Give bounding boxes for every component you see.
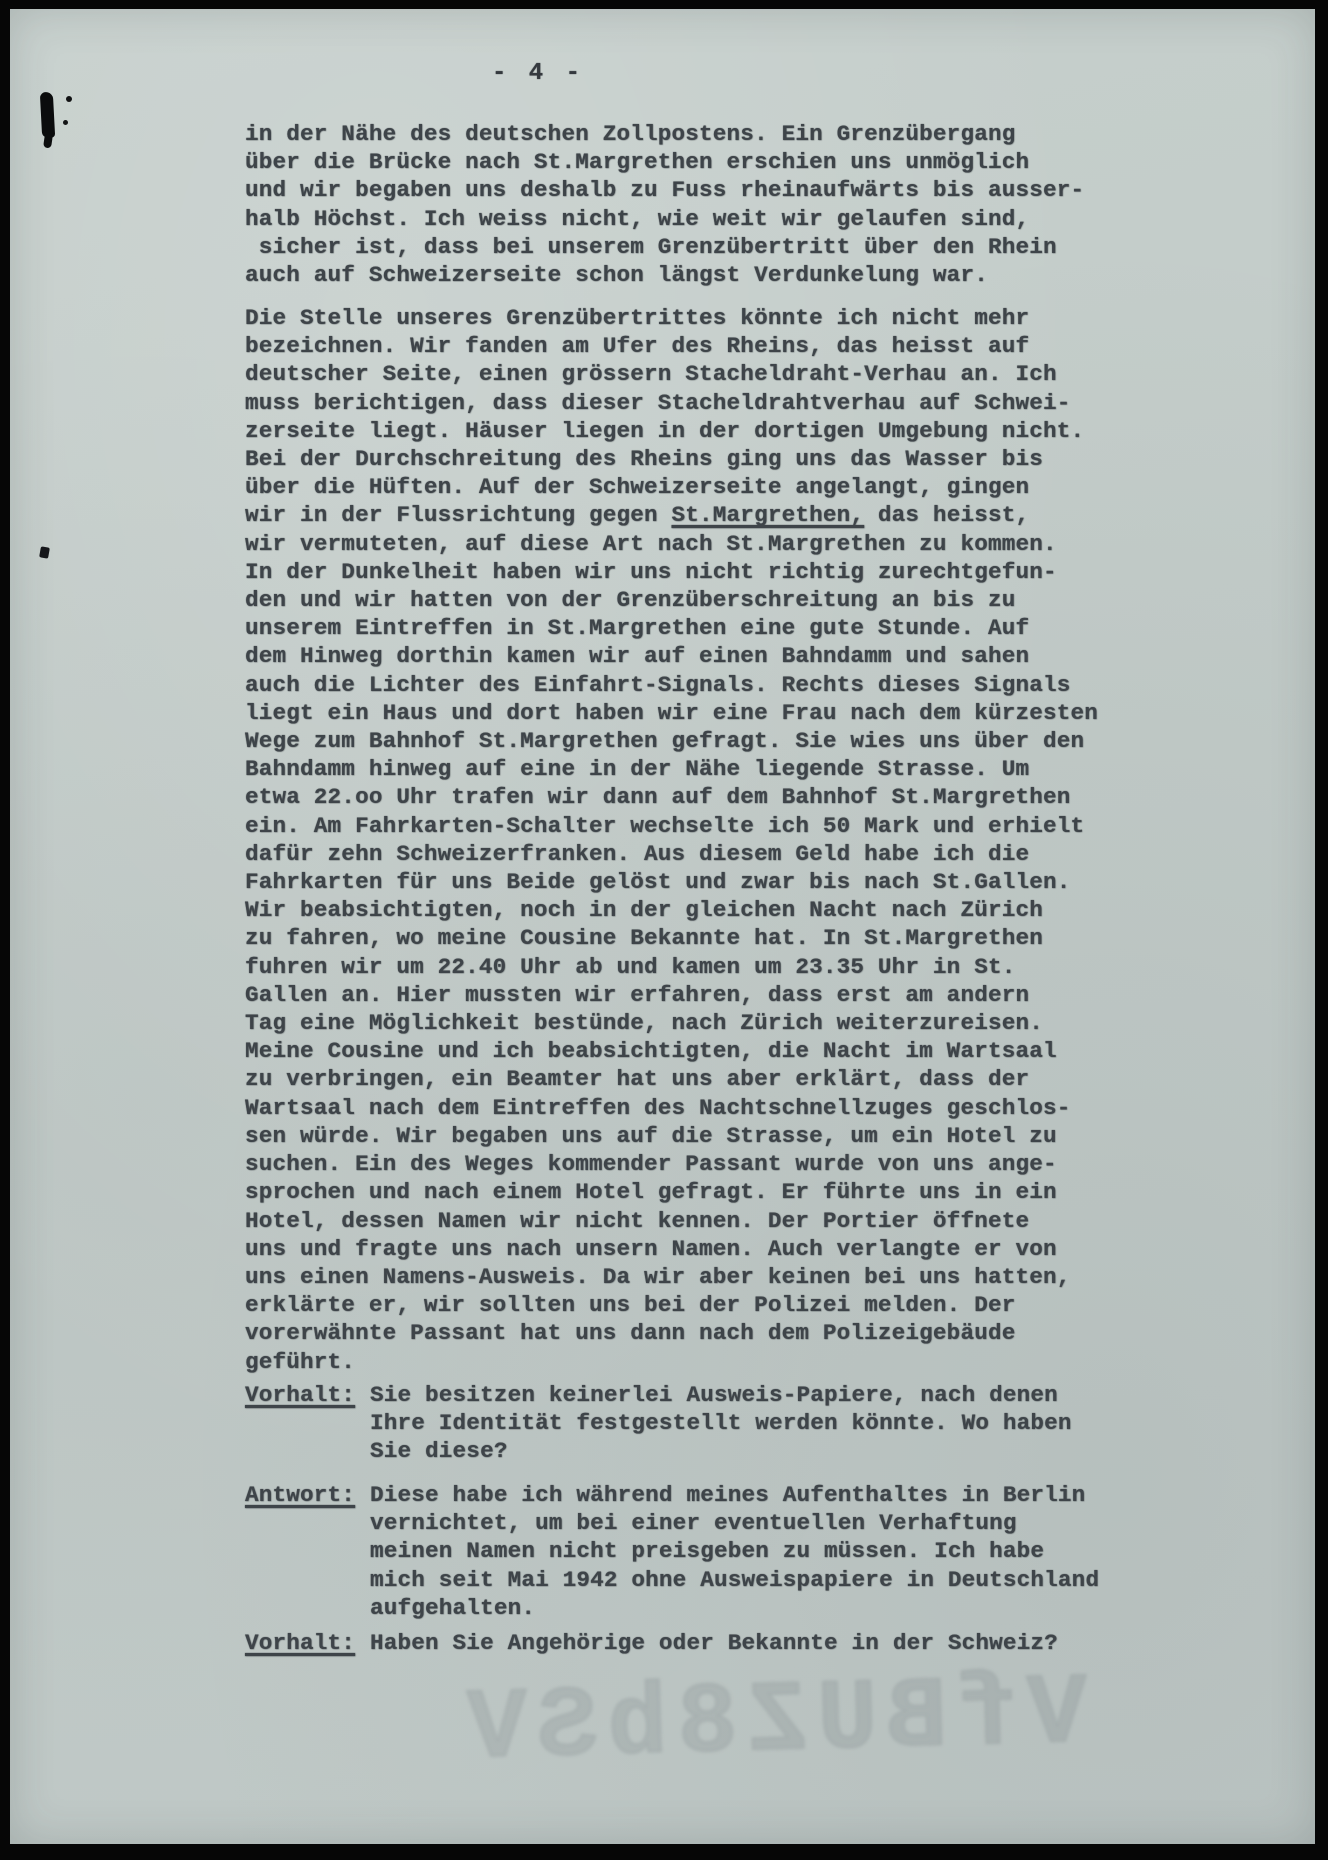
underlined-place-name: St.Margrethen,	[672, 502, 865, 528]
qa-label: Vorhalt:	[245, 1381, 370, 1409]
qa-text: Sie besitzen keinerlei Ausweis-Papiere, …	[370, 1381, 1072, 1466]
paragraph-text: das heisst, wir vermuteten, auf diese Ar…	[245, 502, 1098, 1374]
ink-blot	[41, 90, 81, 150]
page-number: - 4 -	[492, 60, 584, 87]
paragraph-main-account: Die Stelle unseres Grenzübertrittes könn…	[245, 304, 1098, 1376]
paragraph-border-crossing: in der Nähe des deutschen Zollpostens. E…	[245, 120, 1084, 289]
bleed-through-stamp: VfBUZ8bSV	[366, 1659, 1090, 1828]
ink-dot	[63, 120, 68, 125]
qa-label: Antwort:	[245, 1481, 370, 1509]
qa-label: Vorhalt:	[245, 1629, 370, 1657]
ink-blot-shape	[40, 92, 55, 139]
paragraph-text: Die Stelle unseres Grenzübertrittes könn…	[245, 305, 1084, 528]
qa-text: Haben Sie Angehörige oder Bekannte in de…	[370, 1629, 1058, 1657]
qa-block-vorhalt-2: Vorhalt: Haben Sie Angehörige oder Bekan…	[245, 1629, 1058, 1657]
qa-block-vorhalt-1: Vorhalt: Sie besitzen keinerlei Ausweis-…	[245, 1381, 1072, 1466]
ink-blot-tail	[43, 134, 53, 149]
ink-dot	[66, 96, 72, 102]
scanned-document-page: - 4 - in der Nähe des deutschen Zollpost…	[0, 0, 1328, 1860]
qa-block-antwort-1: Antwort: Diese habe ich während meines A…	[245, 1481, 1099, 1622]
qa-text: Diese habe ich während meines Aufenthalt…	[370, 1481, 1099, 1622]
ink-speck	[39, 546, 50, 558]
